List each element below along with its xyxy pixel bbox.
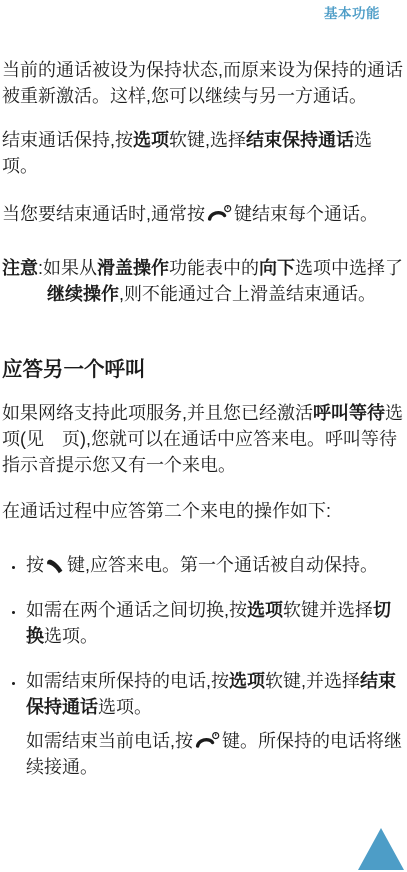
list-item-end-held-call: 如需结束所保持的电话,按选项软键,并选择结束保持通话选项。 [2, 668, 405, 720]
emphasis-text: 选项 [229, 671, 265, 691]
end-call-key-icon [207, 204, 232, 223]
text-run: 按 [26, 555, 44, 575]
section-title: 应答另一个呼叫 [2, 357, 405, 383]
emphasis-text: 选项 [247, 600, 283, 620]
emphasis-text: 滑盖操作 [97, 258, 169, 278]
emphasis-text: 向下 [259, 258, 295, 278]
page-content: 当前的通话被设为保持状态,而原来设为保持的通话被重新激活。这样,您可以继续与另一… [2, 0, 405, 780]
text-run: :如果从 [38, 258, 97, 278]
end-call-key-icon [195, 731, 220, 750]
page-corner-triangle-icon [358, 828, 404, 870]
paragraph-end-each-call: 当您要结束通话时,通常按键结束每个通话。 [2, 201, 405, 227]
emphasis-text: 选项 [133, 130, 169, 150]
list-item-answer-call: 按键,应答来电。第一个通话被自动保持。 [2, 552, 405, 578]
text-run: 在通话过程中应答第二个来电的操作如下: [2, 501, 331, 521]
text-run: 如需在两个通话之间切换,按 [26, 600, 247, 620]
text-run: 如需结束所保持的电话,按 [26, 671, 229, 691]
emphasis-text: 继续操作 [47, 284, 119, 304]
note-paragraph: 注意:如果从滑盖操作功能表中的向下选项中选择了继续操作,则不能通过合上滑盖结束通… [2, 255, 405, 307]
list-item-switch-calls: 如需在两个通话之间切换,按选项软键并选择切换选项。 [2, 597, 405, 649]
text-run: 当您要结束通话时,通常按 [2, 204, 205, 224]
paragraph-call-waiting: 如果网络支持此项服务,并且您已经激活呼叫等待选项(见 页),您就可以在通话中应答… [2, 400, 405, 478]
manual-page: 基本功能 当前的通话被设为保持状态,而原来设为保持的通话被重新激活。这样,您可以… [0, 0, 407, 872]
paragraph-end-hold: 结束通话保持,按选项软键,选择结束保持通话选项。 [2, 127, 405, 179]
text-run: 选项。 [44, 626, 98, 646]
emphasis-text: 注意 [2, 258, 38, 278]
answer-call-key-icon [46, 558, 65, 574]
text-run: 功能表中的 [169, 258, 259, 278]
paragraph-call-hold-status: 当前的通话被设为保持状态,而原来设为保持的通话被重新激活。这样,您可以继续与另一… [2, 57, 405, 109]
text-run: 选项。 [98, 697, 152, 717]
steps-list: 按键,应答来电。第一个通话被自动保持。 如需在两个通话之间切换,按选项软键并选择… [2, 552, 405, 720]
text-run: 软键,并选择 [265, 671, 360, 691]
text-run: 如需结束当前电话,按 [26, 731, 193, 751]
text-run: 软键,选择 [169, 130, 246, 150]
emphasis-text: 结束保持通话 [246, 130, 354, 150]
emphasis-text: 呼叫等待 [313, 403, 385, 423]
paragraph-end-current-call: 如需结束当前电话,按键。所保持的电话将继续接通。 [26, 728, 405, 780]
paragraph-steps-intro: 在通话过程中应答第二个来电的操作如下: [2, 498, 405, 524]
text-run: 选项中选择了 [295, 258, 403, 278]
text-run: 如果网络支持此项服务,并且您已经激活 [2, 403, 313, 423]
text-run: 软键并选择 [283, 600, 373, 620]
text-run: 键结束每个通话。 [234, 204, 378, 224]
text-run: 当前的通话被设为保持状态,而原来设为保持的通话被重新激活。这样,您可以继续与另一… [2, 60, 403, 106]
text-run: 键,应答来电。第一个通话被自动保持。 [67, 555, 378, 575]
text-run: 结束通话保持,按 [2, 130, 133, 150]
text-run: ,则不能通过合上滑盖结束通话。 [119, 284, 376, 304]
